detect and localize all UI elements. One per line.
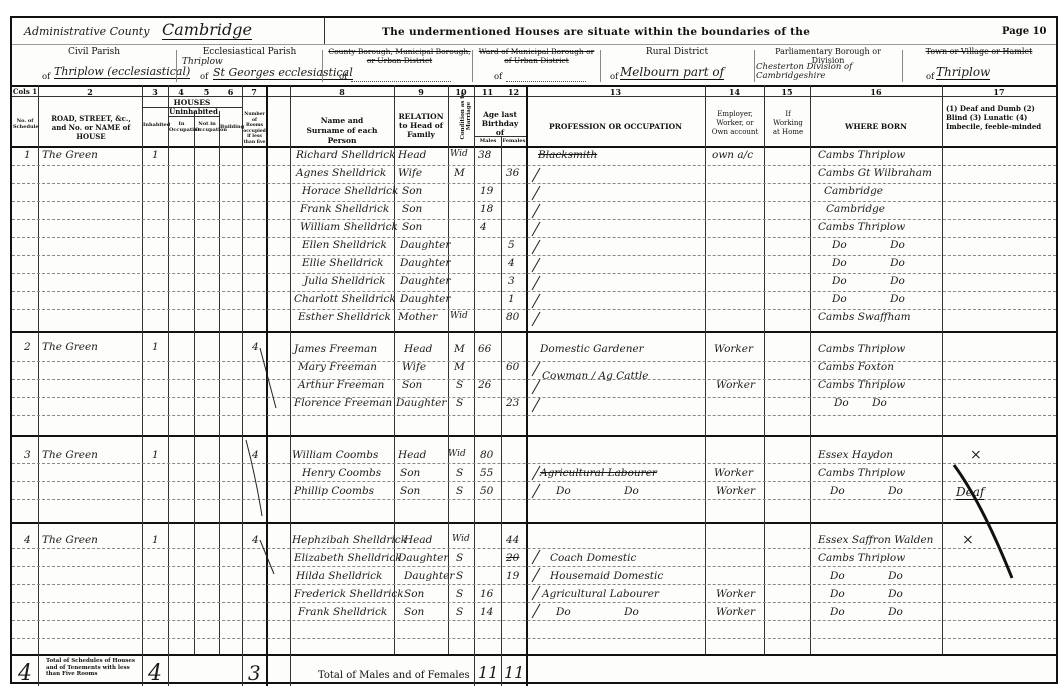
person-occupation: Do Do <box>556 606 639 618</box>
parliamentary-borough: Parliamentary Borough or Division Cheste… <box>756 45 901 85</box>
person-relation: Daughter <box>396 397 446 409</box>
person-birthplace: Do Do <box>830 570 903 582</box>
person-age-male: 38 <box>478 149 491 161</box>
ecclesiastical-parish: Ecclesiastical Parish Thriplow of St Geo… <box>177 45 322 85</box>
person-age-male: 19 <box>480 185 493 197</box>
person-birthplace: Do Do <box>830 485 903 497</box>
person-name: Frank Shelldrick <box>298 606 387 618</box>
address: The Green <box>42 341 98 353</box>
person-employer: Worker <box>716 485 755 497</box>
person-name: Esther Shelldrick <box>298 311 391 323</box>
col-name-header: Name and Surname of each Person <box>302 116 382 146</box>
person-employer: Worker <box>716 606 755 618</box>
person-age-male: 66 <box>478 343 491 355</box>
person-name: Florence Freeman <box>294 397 392 409</box>
address: The Green <box>42 449 98 461</box>
eccl-parish-prefix: of <box>200 72 208 82</box>
person-condition: S <box>456 467 463 479</box>
town-village: Town or Village or Hamlet of Thriplow <box>904 45 1054 85</box>
person-name: Frank Shelldrick <box>300 203 389 215</box>
person-name: Hephzibah Shelldrick <box>292 534 407 546</box>
person-birthplace: Cambridge <box>826 203 885 215</box>
person-occupation: Blacksmith <box>538 149 597 161</box>
col-in-occupation-header: In Occupation <box>169 121 194 133</box>
person-relation: Daughter <box>400 293 450 305</box>
census-page: Administrative County Cambridge The unde… <box>10 16 1058 684</box>
males-females-total-label: Total of Males and of Females <box>318 670 470 681</box>
col-inhabited-header: Inhabited <box>143 122 168 129</box>
person-condition: Wid <box>450 311 468 321</box>
person-occupation: Coach Domestic <box>550 552 636 564</box>
schedule-number: 2 <box>24 341 31 353</box>
inhabited: 1 <box>152 341 159 353</box>
person-birthplace: Do Do <box>832 239 905 251</box>
person-birthplace: Do Do <box>830 588 903 600</box>
person-name: Henry Coombs <box>302 467 381 479</box>
person-age-female: 80 <box>506 311 519 323</box>
person-occupation: Cowman / Ag Cattle <box>542 370 648 382</box>
person-relation: Daughter <box>400 239 450 251</box>
col-num-7: 7 <box>242 87 266 97</box>
admin-county-value: Cambridge <box>162 20 252 40</box>
schedules-total-label: Total of Schedules of Houses and of Tene… <box>46 658 138 678</box>
bracket-mark <box>242 438 272 518</box>
civil-parish-value: Thriplow (ecclesiastical) <box>54 65 190 79</box>
person-birthplace: Cambs Foxton <box>818 361 894 373</box>
person-age-male: 26 <box>478 379 491 391</box>
county-borough-blank <box>351 81 451 82</box>
col-males-header: Males <box>475 138 501 145</box>
person-condition: Wid <box>448 449 466 459</box>
person-condition: S <box>456 570 463 582</box>
person-relation: Son <box>402 379 422 391</box>
person-relation: Son <box>404 588 424 600</box>
person-age-female: 1 <box>508 293 515 305</box>
col-num-6: 6 <box>219 87 242 97</box>
admin-county-label: Administrative County <box>24 25 149 38</box>
inhabited-total: 4 <box>148 661 162 686</box>
person-birthplace: Essex Haydon <box>818 449 893 461</box>
person-relation: Daughter <box>398 552 448 564</box>
males-total: 11 <box>478 663 498 682</box>
occupation-tick-marks <box>526 148 546 628</box>
person-condition: S <box>456 485 463 497</box>
person-birthplace: Essex Saffron Walden <box>818 534 933 546</box>
person-birthplace: Cambs Thriplow <box>818 149 905 161</box>
person-condition: S <box>456 397 463 409</box>
ward-prefix: of <box>494 72 502 82</box>
person-age-female: 5 <box>508 239 515 251</box>
person-age-female: 23 <box>506 397 519 409</box>
schedules-total: 4 <box>18 661 32 686</box>
person-relation: Daughter <box>400 275 450 287</box>
page-number: Page 10 <box>1002 26 1046 37</box>
person-employer: Worker <box>714 343 753 355</box>
inhabited: 1 <box>152 149 159 161</box>
col-address-header: ROAD, STREET, &c., and No. or NAME of HO… <box>44 114 138 141</box>
col-num-13: 13 <box>526 87 705 97</box>
col-num-16: 16 <box>810 87 942 97</box>
schedule-number: 4 <box>24 534 31 546</box>
person-name: Ellie Shelldrick <box>302 257 384 269</box>
person-age-male: 18 <box>480 203 493 215</box>
person-name: Horace Shelldrick <box>302 185 398 197</box>
col-at-home-header: If Working at Home <box>770 110 806 137</box>
person-age-female: 20 <box>506 552 519 564</box>
rural-district-prefix: of <box>610 72 618 82</box>
person-name: Arthur Freeman <box>298 379 384 391</box>
person-age-female: 44 <box>506 534 519 546</box>
person-age-female: 19 <box>506 570 519 582</box>
admin-county-box: Administrative County Cambridge <box>12 18 325 45</box>
rural-district-label: Rural District <box>602 47 752 57</box>
person-condition: S <box>456 588 463 600</box>
civil-parish-prefix: of <box>42 72 50 82</box>
person-name: William Coombs <box>292 449 378 461</box>
col-num-1: Cols 1 <box>12 87 38 96</box>
rural-district: Rural District of Melbourn part of <box>602 45 752 85</box>
person-relation: Head <box>404 534 432 546</box>
schedule-number: 1 <box>24 149 31 161</box>
county-borough-prefix: of <box>339 72 347 82</box>
person-relation: Head <box>398 449 426 461</box>
person-birthplace: Do Do <box>832 257 905 269</box>
col-employer-header: Employer, Worker, or Own account <box>709 110 761 137</box>
slash-mark <box>952 463 1032 583</box>
ward-blank <box>506 81 586 82</box>
person-relation: Head <box>398 149 426 161</box>
town-village-label: Town or Village or Hamlet <box>904 47 1054 56</box>
person-birthplace: Do Do <box>832 293 905 305</box>
person-condition: S <box>456 606 463 618</box>
females-total: 11 <box>504 663 524 682</box>
ward: Ward of Municipal Borough or of Urban Di… <box>474 45 599 85</box>
col-females-header: Females <box>502 138 526 145</box>
person-relation: Son <box>400 467 420 479</box>
person-relation: Head <box>404 343 432 355</box>
person-condition: M <box>454 167 465 179</box>
ward-label: Ward of Municipal Borough or of Urban Di… <box>474 47 599 65</box>
houses-group-header: HOUSES <box>142 98 242 107</box>
person-birthplace: Cambs Thriplow <box>818 467 905 479</box>
person-name: Phillip Coombs <box>294 485 374 497</box>
county-borough: County Borough, Municipal Borough, or Ur… <box>327 45 472 85</box>
person-birthplace: Cambs Thriplow <box>818 343 905 355</box>
person-relation: Son <box>402 185 422 197</box>
person-relation: Son <box>404 606 424 618</box>
col-not-in-occupation-header: Not in Occupation <box>195 121 219 133</box>
rural-district-value: Melbourn part of <box>620 65 724 80</box>
person-age-male: 16 <box>480 588 493 600</box>
col-num-9: 9 <box>394 87 448 97</box>
person-relation: Daughter <box>400 257 450 269</box>
col-num-4: 4 <box>168 87 194 97</box>
person-name: Julia Shelldrick <box>304 275 386 287</box>
age-group-header: Age last Birthday of <box>478 110 522 137</box>
schedule-number: 3 <box>24 449 31 461</box>
col-num-15: 15 <box>764 87 810 97</box>
person-occupation: Domestic Gardener <box>540 343 644 355</box>
person-employer: Worker <box>714 467 753 479</box>
person-occupation: Agricultural Labourer <box>542 588 659 600</box>
person-birthplace: Do Do <box>834 397 887 409</box>
address: The Green <box>42 149 98 161</box>
person-relation: Son <box>402 221 422 233</box>
person-age-female: 36 <box>506 167 519 179</box>
col-num-14: 14 <box>705 87 764 97</box>
col-where-born-header: WHERE BORN <box>810 122 942 131</box>
col-num-11: 11 <box>474 87 501 97</box>
col-num-17: 17 <box>942 87 1056 97</box>
person-name: James Freeman <box>294 343 377 355</box>
person-condition: M <box>454 361 465 373</box>
col-num-2: 2 <box>38 87 142 97</box>
col-relation-header: RELATION to Head of Family <box>396 112 446 139</box>
col-condition-header: Condition as to Marriage <box>460 91 472 141</box>
person-age-male: 55 <box>480 467 493 479</box>
person-birthplace: Cambs Thriplow <box>818 552 905 564</box>
person-infirmity: × <box>970 447 982 463</box>
col-rooms-header: Number of Rooms occupied if less than fi… <box>243 112 266 145</box>
bracket-mark <box>256 538 286 578</box>
civil-parish-label: Civil Parish <box>12 47 176 57</box>
person-birthplace: Do Do <box>832 275 905 287</box>
person-occupation: Housemaid Domestic <box>550 570 663 582</box>
person-age-male: 80 <box>480 449 493 461</box>
person-name: William Shelldrick <box>300 221 398 233</box>
person-relation: Daughter <box>404 570 454 582</box>
person-birthplace: Cambs Thriplow <box>818 379 905 391</box>
person-condition: Wid <box>452 534 470 544</box>
person-name: Elizabeth Shelldrick <box>294 552 402 564</box>
person-name: Hilda Shelldrick <box>296 570 382 582</box>
eccl-parish-label: Ecclesiastical Parish <box>177 47 322 57</box>
col-schedule-header: No. of Schedule <box>13 118 37 130</box>
person-age-male: 50 <box>480 485 493 497</box>
intro-text: The undermentioned Houses are situate wi… <box>382 26 810 38</box>
person-relation: Son <box>402 203 422 215</box>
inhabited: 1 <box>152 534 159 546</box>
town-village-prefix: of <box>926 72 934 82</box>
person-occupation: Agricultural Labourer <box>540 467 657 479</box>
person-employer: own a/c <box>712 149 753 161</box>
person-age-female: 3 <box>508 275 515 287</box>
person-birthplace: Do Do <box>830 606 903 618</box>
person-condition: S <box>456 552 463 564</box>
person-age-male: 4 <box>480 221 487 233</box>
person-employer: Worker <box>716 588 755 600</box>
person-condition: Wid <box>450 149 468 159</box>
person-name: Agnes Shelldrick <box>296 167 386 179</box>
person-age-male: 14 <box>480 606 493 618</box>
person-condition: M <box>454 343 465 355</box>
person-name: Richard Shelldrick <box>296 149 395 161</box>
person-name: Frederick Shelldrick <box>294 588 404 600</box>
person-birthplace: Cambs Swaffham <box>818 311 911 323</box>
person-infirmity: × <box>962 532 974 548</box>
person-condition: S <box>456 379 463 391</box>
col-num-8: 8 <box>290 87 394 97</box>
col-num-3: 3 <box>142 87 168 97</box>
town-village-value: Thriplow <box>936 65 990 80</box>
person-relation: Mother <box>398 311 437 323</box>
person-birthplace: Cambridge <box>824 185 883 197</box>
person-occupation: Do Do <box>556 485 639 497</box>
person-age-female: 60 <box>506 361 519 373</box>
parl-borough-value: Chesterton Division of Cambridgeshire <box>756 63 896 81</box>
county-borough-label: County Borough, Municipal Borough, or Ur… <box>327 47 472 65</box>
col-infirmity-header: (1) Deaf and Dumb (2) Blind (3) Lunatic … <box>946 104 1052 131</box>
inhabited: 1 <box>152 449 159 461</box>
bracket-mark <box>256 346 286 416</box>
rooms-total: 3 <box>248 661 261 685</box>
uninhabited-group-header: Uninhabited <box>168 107 219 116</box>
col-num-5: 5 <box>194 87 219 97</box>
person-name: Charlott Shelldrick <box>294 293 396 305</box>
person-age-female: 4 <box>508 257 515 269</box>
person-name: Ellen Shelldrick <box>302 239 387 251</box>
person-birthplace: Cambs Gt Wilbraham <box>818 167 932 179</box>
person-birthplace: Cambs Thriplow <box>818 221 905 233</box>
address: The Green <box>42 534 98 546</box>
col-num-12: 12 <box>501 87 526 97</box>
person-name: Mary Freeman <box>298 361 377 373</box>
person-relation: Son <box>400 485 420 497</box>
civil-parish: Civil Parish of Thriplow (ecclesiastical… <box>12 45 176 85</box>
col-building-header: Building <box>220 124 242 131</box>
person-employer: Worker <box>716 379 755 391</box>
person-relation: Wife <box>398 167 422 179</box>
person-relation: Wife <box>402 361 426 373</box>
col-occupation-header: PROFESSION OR OCCUPATION <box>526 122 705 131</box>
